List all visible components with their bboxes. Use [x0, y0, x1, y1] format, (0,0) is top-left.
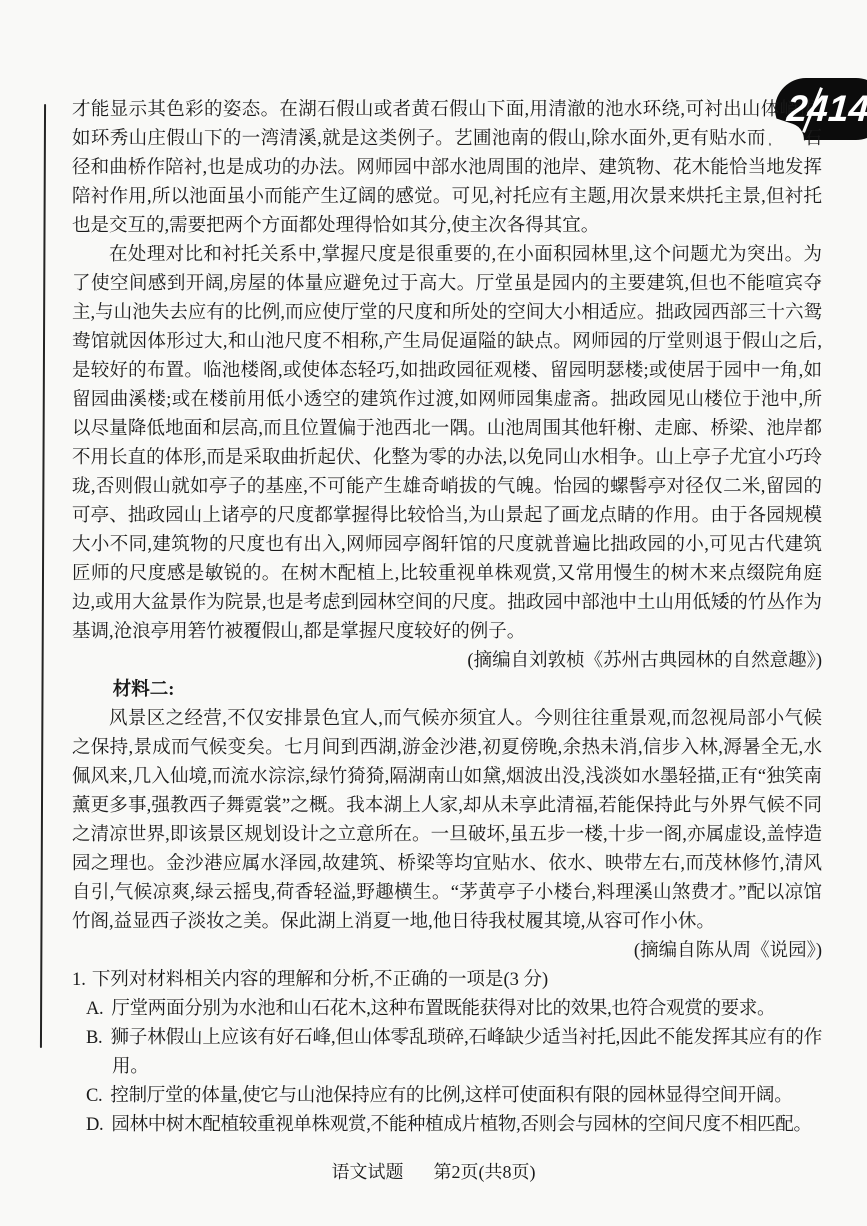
option-d-label: D. — [86, 1115, 103, 1135]
question-1-stem-text: 下列对材料相关内容的理解和分析,不正确的一项是(3 分) — [92, 970, 548, 990]
material-one-paragraph-2: 在处理对比和衬托关系中,掌握尺度是很重要的,在小面积园林里,这个问题尤为突出。为… — [72, 241, 822, 647]
material-one-attribution: (摘编自刘敦桢《苏州古典园林的自然意趣》) — [72, 647, 822, 676]
question-1-option-d: D.园林中树木配植较重视单株观赏,不能种植成片植物,否则会与园林的空间尺度不相匹… — [86, 1111, 822, 1140]
footer-doc-title: 语文试题 — [332, 1162, 404, 1182]
exam-page: 2414 才能显示其色彩的姿态。在湖石假山或者黄石假山下面,用清澈的池水环绕,可… — [0, 0, 867, 1226]
material-two-paragraph-1: 风景区之经营,不仅安排景色宜人,而气候亦须宜人。今则往往重景观,而忽视局部小气候… — [72, 705, 822, 937]
question-1: 1.下列对材料相关内容的理解和分析,不正确的一项是(3 分) A.厅堂两面分别为… — [72, 966, 822, 1140]
question-1-option-b: B.狮子林假山上应该有好石峰,但山体零乱琐碎,石峰缺少适当衬托,因此不能发挥其应… — [86, 1024, 822, 1082]
scan-binding-line — [40, 104, 46, 1048]
question-1-stem: 1.下列对材料相关内容的理解和分析,不正确的一项是(3 分) — [72, 966, 822, 995]
option-b-text: 狮子林假山上应该有好石峰,但山体零乱琐碎,石峰缺少适当衬托,因此不能发挥其应有的… — [110, 1028, 822, 1077]
option-a-label: A. — [86, 999, 103, 1019]
page-footer: 语文试题第2页(共8页) — [0, 1158, 867, 1184]
exam-code-number: 2414 — [786, 88, 867, 130]
question-1-number: 1. — [72, 970, 86, 990]
footer-page-number: 第2页(共8页) — [434, 1162, 536, 1182]
option-b-label: B. — [86, 1028, 102, 1048]
option-c-text: 控制厅堂的体量,使它与山池保持应有的比例,这样可使面积有限的园林显得空间开阔。 — [110, 1086, 792, 1106]
question-1-option-c: C.控制厅堂的体量,使它与山池保持应有的比例,这样可使面积有限的园林显得空间开阔… — [86, 1082, 822, 1111]
material-two-attribution: (摘编自陈从周《说园》) — [72, 937, 822, 966]
page-content: 才能显示其色彩的姿态。在湖石假山或者黄石假山下面,用清澈的池水环绕,可衬出山体峭… — [72, 96, 822, 1140]
option-c-label: C. — [86, 1086, 102, 1106]
question-1-option-a: A.厅堂两面分别为水池和山石花木,这种布置既能获得对比的效果,也符合观赏的要求。 — [86, 995, 822, 1024]
material-two-heading: 材料二: — [72, 676, 822, 705]
option-d-text: 园林中树木配植较重视单株观赏,不能种植成片植物,否则会与园林的空间尺度不相匹配。 — [111, 1115, 811, 1135]
option-a-text: 厅堂两面分别为水池和山石花木,这种布置既能获得对比的效果,也符合观赏的要求。 — [111, 999, 775, 1019]
material-one-paragraph-continued: 才能显示其色彩的姿态。在湖石假山或者黄石假山下面,用清澈的池水环绕,可衬出山体峭… — [72, 96, 822, 241]
